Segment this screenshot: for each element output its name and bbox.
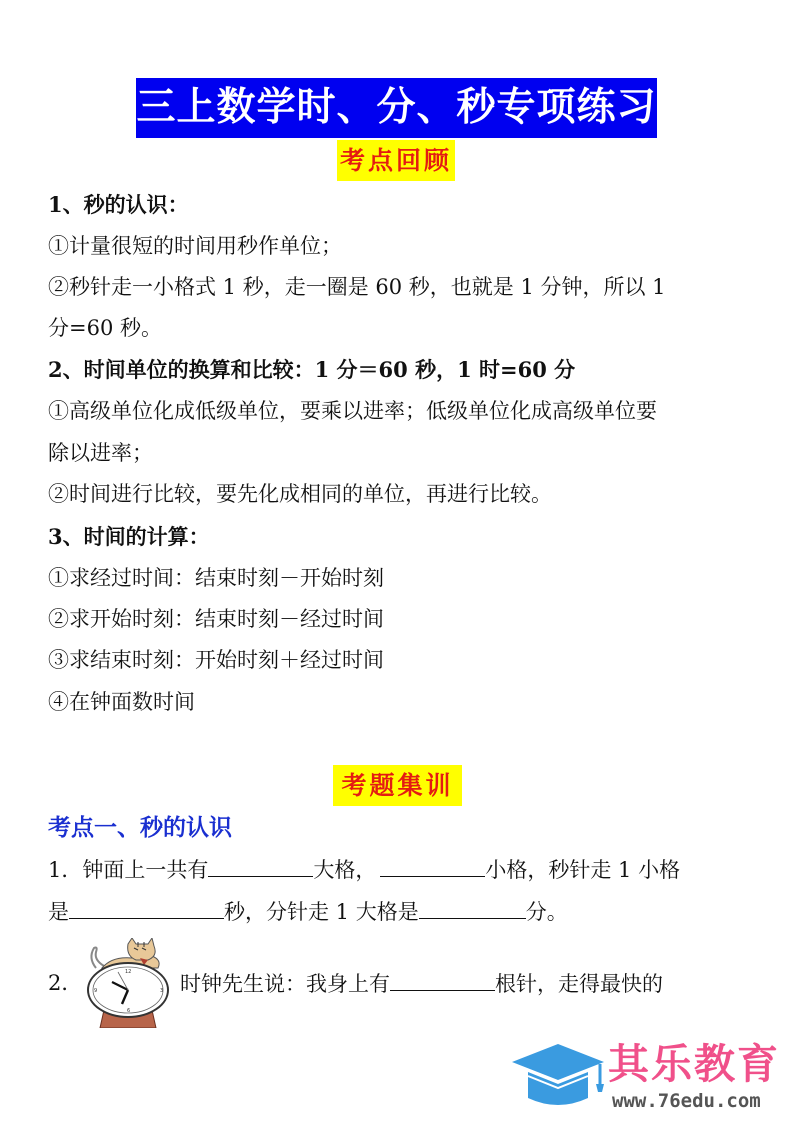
page-title: 三上数学时、分、秒专项练习	[136, 78, 657, 138]
answer-blank[interactable]	[419, 896, 526, 919]
graduation-cap-icon	[508, 1036, 608, 1116]
question-2-number: 2．	[48, 968, 82, 998]
review-section-2-title: 2、时间单位的换算和比较：1 分＝60 秒，1 时=60 分	[48, 355, 575, 385]
question-1-line-2: 是秒，分针走 1 大格是分。	[48, 896, 568, 927]
section-heading-exercises: 考题集训	[333, 765, 462, 806]
question-1-line-1: 1．钟面上一共有大格，小格，秒针走 1 小格	[48, 854, 680, 885]
question-2-text: 时钟先生说：我身上有根针，走得最快的	[180, 968, 663, 999]
review-item: ②秒针走一小格式 1 秒，走一圈是 60 秒，也就是 1 分钟，所以 1	[48, 272, 666, 302]
question-text: 时钟先生说：我身上有	[180, 972, 390, 996]
review-item: ③求结束时刻：开始时刻＋经过时间	[48, 645, 384, 675]
review-item: ②时间进行比较，要先化成相同的单位，再进行比较。	[48, 479, 552, 509]
question-text: 是	[48, 900, 69, 924]
review-item: 分=60 秒。	[48, 313, 162, 343]
clock-with-cat-image: 12 3 6 9	[82, 938, 174, 1028]
svg-text:12: 12	[125, 969, 131, 975]
question-text: 1．钟面上一共有	[48, 858, 208, 882]
section-heading-review: 考点回顾	[337, 140, 455, 181]
question-text: 小格，秒针走 1 小格	[485, 858, 680, 882]
answer-blank[interactable]	[208, 854, 313, 877]
review-item: ②求开始时刻：结束时刻－经过时间	[48, 604, 384, 634]
review-section-1-title: 1、秒的认识：	[48, 190, 189, 220]
review-item: 除以进率；	[48, 438, 153, 468]
question-text: 秒，分针走 1 大格是	[224, 900, 419, 924]
answer-blank[interactable]	[69, 896, 224, 919]
svg-text:3: 3	[160, 988, 163, 994]
answer-blank[interactable]	[390, 968, 495, 991]
answer-blank[interactable]	[380, 854, 485, 877]
question-text: 根针，走得最快的	[495, 972, 663, 996]
review-item: ①计量很短的时间用秒作单位；	[48, 231, 342, 261]
topic-title: 考点一、秒的认识	[48, 813, 232, 843]
review-item: ④在钟面数时间	[48, 687, 195, 717]
watermark-brand: 其乐教育	[608, 1040, 780, 1088]
question-text: 分。	[526, 900, 568, 924]
svg-text:6: 6	[127, 1008, 130, 1014]
watermark-url: www.76edu.com	[612, 1090, 761, 1112]
review-section-3-title: 3、时间的计算：	[48, 522, 210, 552]
review-item: ①高级单位化成低级单位，要乘以进率；低级单位化成高级单位要	[48, 396, 657, 426]
svg-text:9: 9	[94, 988, 97, 994]
question-text: 大格，	[313, 858, 376, 882]
review-item: ①求经过时间：结束时刻－开始时刻	[48, 563, 384, 593]
